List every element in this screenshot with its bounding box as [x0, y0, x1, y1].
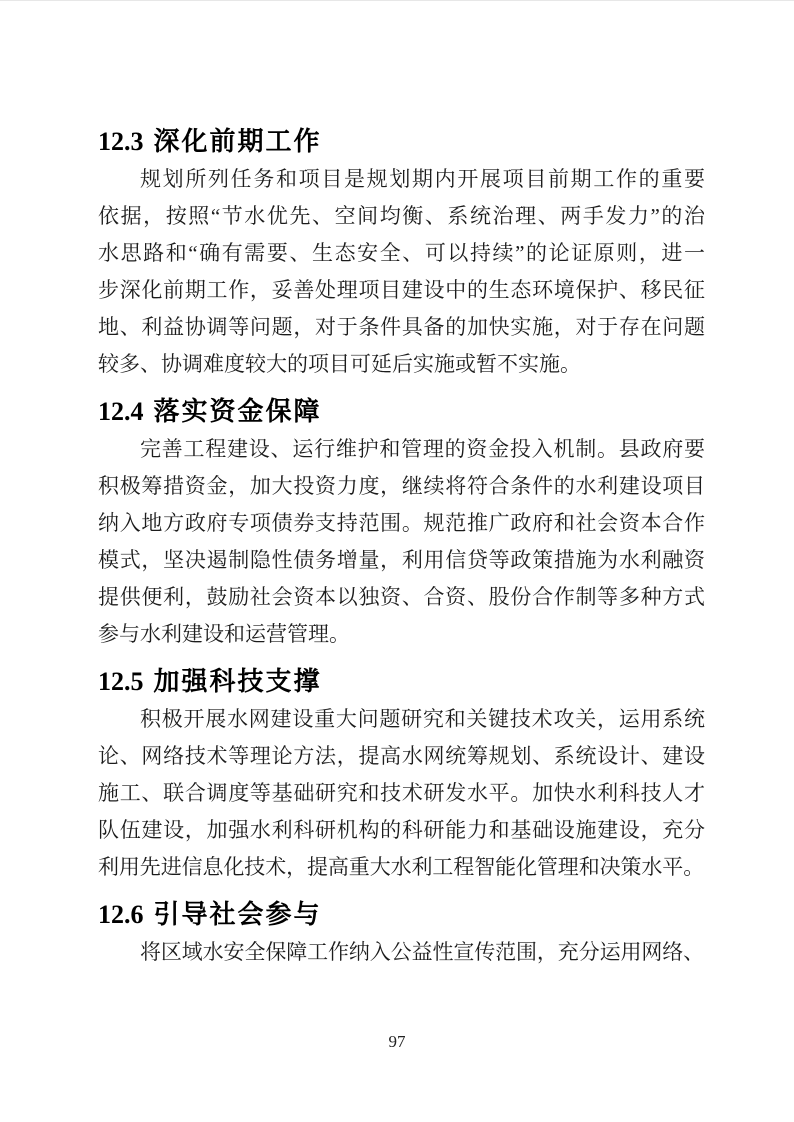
section-heading-12.3: 12.3深化前期工作	[98, 121, 705, 161]
paragraph-line: 模式，坚决遏制隐性债务增量，利用信贷等政策措施为水利融资	[98, 542, 705, 579]
section-heading-12.6: 12.6引导社会参与	[98, 894, 705, 934]
section-title: 引导社会参与	[154, 899, 322, 929]
paragraph-line: 地、利益协调等问题，对于条件具备的加快实施，对于存在问题	[98, 309, 705, 346]
paragraph-line: 依据，按照“节水优先、空间均衡、系统治理、两手发力”的治	[98, 198, 705, 235]
section-heading-12.4: 12.4落实资金保障	[98, 391, 705, 431]
paragraph-line: 队伍建设，加强水利科研机构的科研能力和基础设施建设，充分	[98, 812, 705, 849]
document-page: 12.3深化前期工作规划所列任务和项目是规划期内开展项目前期工作的重要依据，按照…	[0, 0, 794, 1122]
paragraph-line: 施工、联合调度等基础研究和技术研发水平。加快水利科技人才	[98, 775, 705, 812]
paragraph-line: 积极开展水网建设重大问题研究和关键技术攻关，运用系统	[98, 701, 705, 738]
paragraph-line: 纳入地方政府专项债券支持范围。规范推广政府和社会资本合作	[98, 505, 705, 542]
paragraph-line: 参与水利建设和运营管理。	[98, 616, 705, 653]
paragraph-line: 较多、协调难度较大的项目可延后实施或暂不实施。	[98, 346, 705, 383]
section-heading-12.5: 12.5加强科技支撑	[98, 661, 705, 701]
page-content: 12.3深化前期工作规划所列任务和项目是规划期内开展项目前期工作的重要依据，按照…	[98, 121, 705, 971]
section-number: 12.4	[98, 397, 144, 426]
section-number: 12.6	[98, 900, 144, 929]
paragraph-line: 步深化前期工作，妥善处理项目建设中的生态环境保护、移民征	[98, 272, 705, 309]
section-number: 12.3	[98, 127, 144, 156]
paragraph-line: 水思路和“确有需要、生态安全、可以持续”的论证原则，进一	[98, 235, 705, 272]
paragraph-line: 完善工程建设、运行维护和管理的资金投入机制。县政府要	[98, 431, 705, 468]
paragraph-line: 提供便利，鼓励社会资本以独资、合资、股份合作制等多种方式	[98, 579, 705, 616]
section-title: 加强科技支撑	[154, 666, 322, 696]
paragraph-line: 积极筹措资金，加大投资力度，继续将符合条件的水利建设项目	[98, 468, 705, 505]
paragraph-line: 将区域水安全保障工作纳入公益性宣传范围，充分运用网络、	[98, 934, 705, 971]
section-number: 12.5	[98, 667, 144, 696]
section-title: 深化前期工作	[154, 126, 322, 156]
page-number: 97	[0, 1031, 794, 1053]
paragraph-line: 论、网络技术等理论方法，提高水网统筹规划、系统设计、建设	[98, 738, 705, 775]
section-title: 落实资金保障	[154, 396, 322, 426]
paragraph-line: 利用先进信息化技术，提高重大水利工程智能化管理和决策水平。	[98, 849, 705, 886]
paragraph-line: 规划所列任务和项目是规划期内开展项目前期工作的重要	[98, 161, 705, 198]
